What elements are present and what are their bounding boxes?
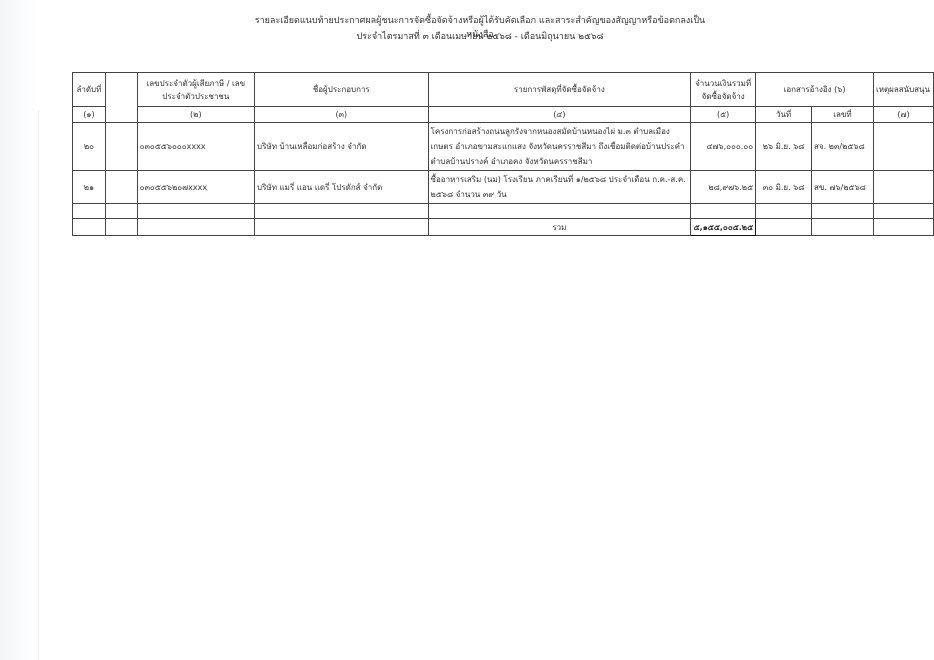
total-label: รวม: [428, 219, 691, 236]
cell-vendor: บริษัท แมรี่ แอน แดรี่ โปรดักส์ จำกัด: [255, 171, 429, 204]
total-row: รวม ๕,๑๕๕,๐๐๕.๒๕: [73, 219, 934, 236]
header-amount: จำนวนเงินรวมที่จัดซื้อจัดจ้าง: [691, 73, 756, 107]
cell-reason: [873, 123, 933, 171]
header-tax-id: เลขประจำตัวผู้เสียภาษี / เลขประจำตัวประช…: [137, 73, 254, 107]
header-row: ลำดับที่ เลขประจำตัวผู้เสียภาษี / เลขประ…: [73, 73, 934, 107]
header-num-tax-id: (๒): [137, 107, 254, 123]
cell-items: โครงการก่อสร้างถนนลูกรังจากหนองสมัดบ้านห…: [428, 123, 691, 171]
scan-margin: [0, 0, 38, 660]
cell-tax-id: ๐๓๐๕๕๖๐๐๐xxxx: [137, 123, 254, 171]
header-number-row: (๑) (๒) (๓) (๔) (๕) วันที่ เลขที่ (๗): [73, 107, 934, 123]
cell-ref-date: ๓๐ มิ.ย. ๖๘: [756, 171, 812, 204]
header-ref-no: เลขที่: [812, 107, 874, 123]
cell-amount: ๒๘,๙๗๖.๒๕: [691, 171, 756, 204]
cell-ref-no: สข. ๗๖/๒๕๖๘: [812, 171, 874, 204]
table-row: ๒๑ ๐๓๐๕๕๖๒๐๗xxxx บริษัท แมรี่ แอน แดรี่ …: [73, 171, 934, 204]
cell-seq: ๒๐: [73, 123, 106, 171]
header-ref-date: วันที่: [756, 107, 812, 123]
cell-reason: [873, 171, 933, 204]
header-ref-docs: เอกสารอ้างอิง (๖): [756, 73, 874, 107]
header-num-reason: (๗): [873, 107, 933, 123]
cell-blank: [105, 123, 137, 171]
empty-row: [73, 204, 934, 219]
procurement-table: ลำดับที่ เลขประจำตัวผู้เสียภาษี / เลขประ…: [72, 72, 934, 236]
header-num-vendor: (๓): [255, 107, 429, 123]
header-seq: ลำดับที่: [73, 73, 106, 107]
cell-items: ซื้ออาหารเสริม (นม) โรงเรียน ภาคเรียนที่…: [428, 171, 691, 204]
cell-amount: ๔๗๖,๐๐๐.๐๐: [691, 123, 756, 171]
cell-tax-id: ๐๓๐๕๕๖๒๐๗xxxx: [137, 171, 254, 204]
header-num-items: (๔): [428, 107, 691, 123]
header-num-amount: (๕): [691, 107, 756, 123]
header-reason: เหตุผลสนับสนุน: [873, 73, 933, 107]
cell-ref-no: สจ. ๒๓/๒๕๖๘: [812, 123, 874, 171]
total-amount: ๕,๑๕๕,๐๐๕.๒๕: [691, 219, 756, 236]
header-num-seq: (๑): [73, 107, 106, 123]
header-vendor: ชื่อผู้ประกอบการ: [255, 73, 429, 107]
scan-edge-line: [38, 110, 39, 660]
table-row: ๒๐ ๐๓๐๕๕๖๐๐๐xxxx บริษัท บ้านเหลื่อมก่อสร…: [73, 123, 934, 171]
cell-ref-date: ๒๖ มิ.ย. ๖๘: [756, 123, 812, 171]
cell-vendor: บริษัท บ้านเหลื่อมก่อสร้าง จำกัด: [255, 123, 429, 171]
cell-blank: [105, 171, 137, 204]
header-blank: [105, 73, 137, 123]
cell-seq: ๒๑: [73, 171, 106, 204]
header-items: รายการพัสดุที่จัดซื้อจัดจ้าง: [428, 73, 691, 107]
document-subtitle: ประจำไตรมาสที่ ๓ เดือนเมษายน ๒๕๖๘ - เดือ…: [250, 29, 710, 43]
